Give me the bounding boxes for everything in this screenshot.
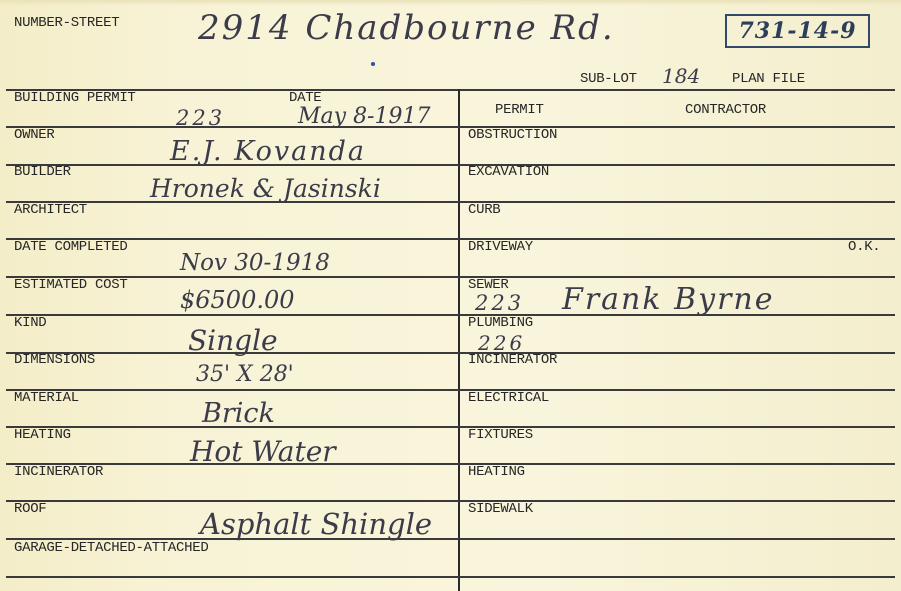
kind-label: KIND [14, 315, 46, 331]
heating-label: HEATING [14, 427, 71, 443]
heating-value: Hot Water [190, 435, 336, 468]
rule [6, 389, 895, 391]
estimated-cost-value: $6500.00 [180, 286, 295, 314]
sub-lot-label: SUB-LOT [580, 71, 637, 87]
file-number-stamp: 731-14-9 [725, 14, 870, 48]
number-street-label: NUMBER-STREET [14, 15, 119, 31]
builder-label: BUILDER [14, 164, 71, 180]
building-permit-label: BUILDING PERMIT [14, 90, 136, 106]
heating-permit-label: HEATING [468, 464, 525, 480]
rule [6, 500, 895, 502]
owner-label: OWNER [14, 127, 55, 143]
date-completed-label: DATE COMPLETED [14, 239, 127, 255]
material-value: Brick [202, 398, 275, 429]
rule [6, 201, 895, 203]
kind-value: Single [188, 324, 278, 357]
curb-label: CURB [468, 202, 500, 218]
garage-label: GARAGE-DETACHED-ATTACHED [14, 540, 208, 556]
date-completed-value: Nov 30-1918 [180, 250, 330, 276]
plan-file-label: PLAN FILE [732, 71, 805, 87]
rule [6, 238, 895, 240]
dimensions-label: DIMENSIONS [14, 352, 95, 368]
permit-column-header: PERMIT [495, 102, 544, 118]
architect-label: ARCHITECT [14, 202, 87, 218]
contractor-column-header: CONTRACTOR [685, 102, 766, 118]
obstruction-label: OBSTRUCTION [468, 127, 557, 143]
driveway-label: DRIVEWAY [468, 239, 533, 255]
plumbing-label: PLUMBING [468, 315, 533, 331]
rule-top [6, 89, 895, 91]
builder-value: Hronek & Jasinski [150, 174, 381, 203]
estimated-cost-label: ESTIMATED COST [14, 277, 127, 293]
rule [6, 164, 895, 166]
rule [6, 576, 895, 578]
material-label: MATERIAL [14, 390, 79, 406]
rule [6, 126, 895, 128]
incinerator-permit-label: INCINERATOR [468, 352, 557, 368]
excavation-label: EXCAVATION [468, 164, 549, 180]
sewer-contractor-value: Frank Byrne [562, 282, 775, 317]
dimensions-value: 35' X 28' [196, 362, 294, 387]
card-edge [0, 0, 901, 6]
sewer-permit-value: 223 [475, 291, 524, 315]
sidewalk-label: SIDEWALK [468, 501, 533, 517]
incinerator-label: INCINERATOR [14, 464, 103, 480]
building-permit-card: NUMBER-STREET 2914 Chadbourne Rd. 731-14… [0, 0, 901, 591]
ink-dot [371, 62, 375, 66]
rule [6, 463, 895, 465]
owner-value: E.J. Kovanda [170, 136, 366, 167]
driveway-note: O.K. [848, 239, 880, 255]
sub-lot-value: 184 [662, 64, 700, 88]
number-street-value: 2914 Chadbourne Rd. [198, 8, 615, 48]
roof-label: ROOF [14, 501, 46, 517]
electrical-label: ELECTRICAL [468, 390, 549, 406]
roof-value: Asphalt Shingle [200, 507, 432, 541]
fixtures-label: FIXTURES [468, 427, 533, 443]
rule [6, 426, 895, 428]
rule [6, 276, 895, 278]
rule [6, 352, 895, 354]
